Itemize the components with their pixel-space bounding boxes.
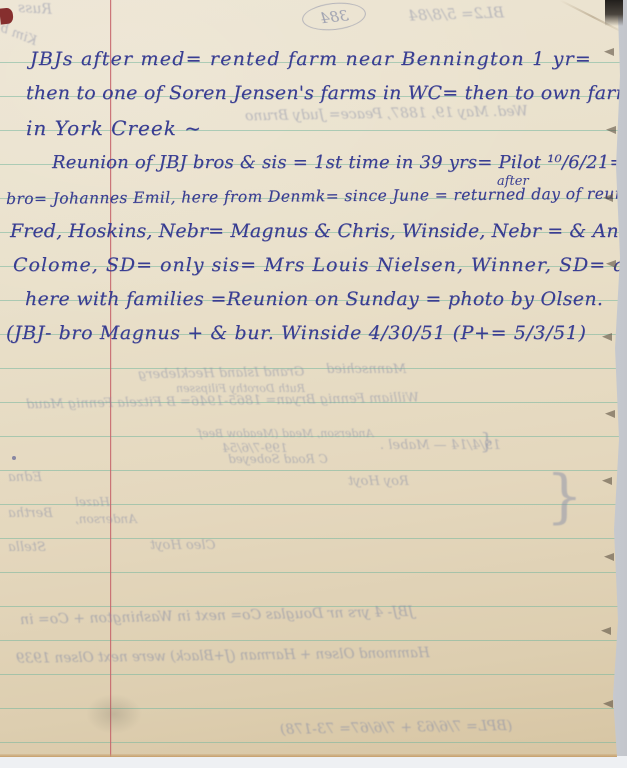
ghost-bleedthrough-line: Mannschied (326, 362, 406, 377)
ghost-bleedthrough-line: Anderson, Mead (Meadow Beef (198, 427, 373, 440)
handwriting-line-2: then to one of Soren Jensen's farms in W… (26, 82, 627, 104)
ghost-bleedthrough-line: Kim by (0, 18, 39, 49)
notebook-paper: Russ BL2= 5/8/84 384 Kim by Wed. May 19,… (0, 0, 620, 757)
ghost-brace-large: { (546, 462, 583, 530)
scanner-background-bottom (0, 756, 627, 768)
handwriting-line-8: here with families =Reunion on Sunday = … (25, 288, 603, 310)
binding-notch (604, 48, 614, 56)
ghost-bleedthrough-line: Edna (8, 470, 42, 485)
ghost-brace-small: { (480, 430, 494, 455)
ghost-bleedthrough-line: Hazel (75, 495, 110, 509)
handwriting-line-3: in York Creek ~ (26, 116, 202, 140)
ghost-bleedthrough-line: Bertha (8, 506, 53, 521)
ghost-bleedthrough-line: Cleo Hoyt (150, 538, 216, 553)
ghost-oval-page-number: 384 (301, 0, 367, 33)
ghost-bleedthrough-line: Stella (8, 540, 46, 555)
red-margin-line (110, 0, 111, 757)
ghost-bleedthrough-line: Anderson, (75, 512, 137, 526)
ink-dot (12, 456, 16, 460)
ghost-bleedthrough-line: C Road Sobeyed (228, 452, 328, 466)
handwriting-line-9: (JBJ- bro Magnus + & bur. Winside 4/30/5… (6, 322, 587, 344)
scanned-notebook-page: Russ BL2= 5/8/84 384 Kim by Wed. May 19,… (0, 0, 627, 768)
ghost-bleedthrough-line: BL2= 5/8/84 (408, 3, 505, 24)
ghost-bleedthrough-line: Roy Hoyt (348, 474, 409, 489)
handwriting-inserted-word: after (497, 174, 529, 189)
handwriting-line-4: Reunion of JBJ bros & sis = 1st time in … (52, 152, 625, 173)
page-corner-shadow (605, 0, 623, 26)
paper-stain (86, 694, 142, 734)
ghost-bleedthrough-line: Grand Island Heckleberg (138, 365, 305, 383)
handwriting-line-1: JBJs after med= rented farm near Benning… (30, 48, 592, 70)
handwriting-line-6: Fred, Hoskins, Nebr= Magnus & Chris, Win… (10, 220, 627, 242)
ghost-bleedthrough-line: Russ (18, 0, 53, 18)
handwriting-line-7: Colome, SD= only sis= Mrs Louis Nielsen,… (13, 254, 627, 276)
